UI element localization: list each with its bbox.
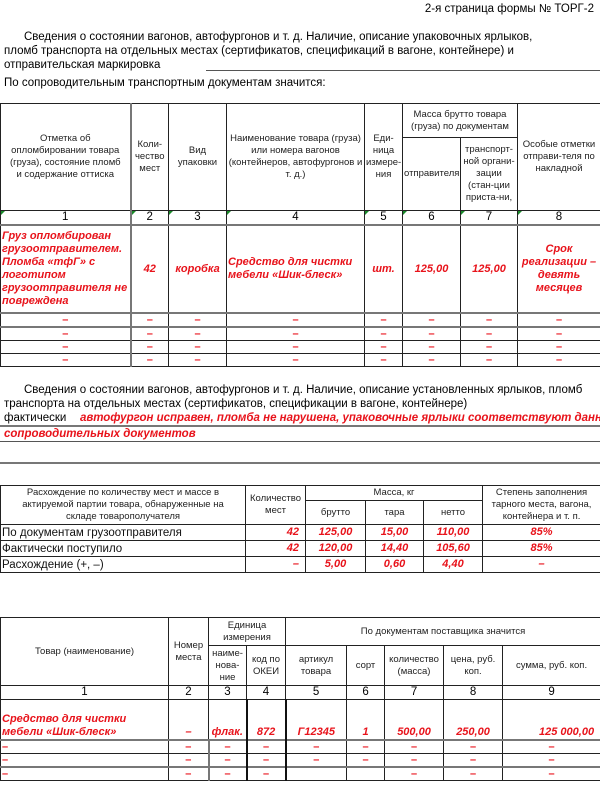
empty-cell[interactable]: – xyxy=(1,354,131,367)
table-row: Груз опломбирован грузоотправителем. Пло… xyxy=(1,225,600,313)
empty-cell[interactable]: – xyxy=(518,327,600,341)
empty-cell[interactable]: – xyxy=(1,753,169,767)
empty-cell[interactable]: – xyxy=(169,767,209,781)
mass-sender-value[interactable]: 125,00 xyxy=(403,225,461,313)
col-num: 4 xyxy=(247,686,286,700)
net-value[interactable]: 4,40 xyxy=(424,557,483,573)
seal-status[interactable]: Груз опломбирован грузоотправителем. Пло… xyxy=(1,225,131,313)
header-packaging: Вид упаковки xyxy=(169,104,227,211)
supplier-docs-table: Товар (наименование) Номер места Единица… xyxy=(0,617,600,781)
table-row: –––––––– xyxy=(1,327,600,341)
empty-cell[interactable]: – xyxy=(209,740,247,754)
empty-cell[interactable]: – xyxy=(1,313,131,327)
tare-value[interactable]: 14,40 xyxy=(366,541,424,557)
empty-cell[interactable]: – xyxy=(131,327,169,341)
empty-cell[interactable]: – xyxy=(131,313,169,327)
empty-cell[interactable]: – xyxy=(385,767,444,781)
empty-cell[interactable]: – xyxy=(461,341,518,354)
header-sum: сумма, руб. коп. xyxy=(503,646,600,686)
empty-cell[interactable]: – xyxy=(461,313,518,327)
empty-cell[interactable]: – xyxy=(444,767,503,781)
header-mass-transport: транспорт-ной органи-зации (стан-ции при… xyxy=(461,138,518,211)
col-num: 7 xyxy=(385,686,444,700)
empty-cell[interactable]: – xyxy=(247,753,286,767)
net-value[interactable]: 105,60 xyxy=(424,541,483,557)
actual-label: фактически xyxy=(4,411,66,425)
empty-cell[interactable]: – xyxy=(403,327,461,341)
item-name-value[interactable]: Средство для чистки мебели «Шик-блеск» xyxy=(227,225,365,313)
table-row: Расхождение (+, –)–5,000,604,40– xyxy=(1,557,600,573)
empty-cell[interactable]: – xyxy=(227,354,365,367)
row-label: Фактически поступило xyxy=(1,541,246,557)
header-notes: Особые отметки отправи-теля по накладной xyxy=(518,104,600,211)
table-row: –––––––– xyxy=(1,341,600,354)
gross-value[interactable]: 5,00 xyxy=(306,557,366,573)
col-num: 5 xyxy=(365,211,403,226)
row-label: По документам грузоотправителя xyxy=(1,525,246,541)
col-num: 6 xyxy=(403,211,461,226)
empty-cell[interactable]: – xyxy=(131,354,169,367)
empty-cell[interactable]: – xyxy=(518,313,600,327)
empty-cell[interactable]: – xyxy=(209,767,247,781)
transport-docs-table: Отметка об опломбировании товара (груза)… xyxy=(0,103,600,367)
actual-underline-3 xyxy=(0,462,600,464)
fill-value[interactable]: 85% xyxy=(483,541,600,557)
header-qty: Коли-чество мест xyxy=(131,104,169,211)
mass-transport-value[interactable]: 125,00 xyxy=(461,225,518,313)
qty-value[interactable]: – xyxy=(246,557,306,573)
header-supplier-group: По документам поставщика значится xyxy=(286,618,600,646)
col-num: 8 xyxy=(518,211,600,226)
packaging-value[interactable]: коробка xyxy=(169,225,227,313)
form-page-header: 2-я страница формы № ТОРГ-2 xyxy=(425,2,594,16)
section1-intro-line1: Сведения о состоянии вагонов, автофургон… xyxy=(24,30,532,44)
empty-cell[interactable] xyxy=(286,767,347,781)
empty-cell[interactable]: – xyxy=(503,740,600,754)
header-discrepancy: Расхождение по количеству мест и массе в… xyxy=(1,486,246,525)
empty-cell[interactable]: – xyxy=(286,740,347,754)
place-no-value[interactable]: – xyxy=(169,700,209,740)
table-row: Средство для чистки мебели «Шик-блеск» –… xyxy=(1,700,600,740)
header-okei: код по ОКЕИ xyxy=(247,646,286,686)
col-num: 2 xyxy=(169,686,209,700)
col-num: 3 xyxy=(209,686,247,700)
empty-cell[interactable]: – xyxy=(131,341,169,354)
empty-cell[interactable]: – xyxy=(286,753,347,767)
grade-value[interactable]: 1 xyxy=(347,700,385,740)
header-net: нетто xyxy=(424,501,483,525)
header-qty-mass: количество (масса) xyxy=(385,646,444,686)
sum-value[interactable]: 125 000,00 xyxy=(503,700,600,740)
empty-cell[interactable] xyxy=(347,767,385,781)
empty-cell[interactable]: – xyxy=(461,354,518,367)
fill-value[interactable]: – xyxy=(483,557,600,573)
empty-cell[interactable]: – xyxy=(247,767,286,781)
okei-value[interactable]: 872 xyxy=(247,700,286,740)
item-name-value[interactable]: Средство для чистки мебели «Шик-блеск» xyxy=(1,700,169,740)
empty-cell[interactable]: – xyxy=(365,341,403,354)
col-num: 8 xyxy=(444,686,503,700)
empty-cell[interactable]: – xyxy=(209,753,247,767)
qty-mass-value[interactable]: 500,00 xyxy=(385,700,444,740)
empty-cell[interactable]: – xyxy=(1,327,131,341)
header-places-qty: Количество мест xyxy=(246,486,306,525)
header-gross: брутто xyxy=(306,501,366,525)
notes-value[interactable]: Срок реализации – девять месяцев xyxy=(518,225,600,313)
header-unit-name: наиме-нова-ние xyxy=(209,646,247,686)
header-mass-sender: отправителя xyxy=(403,138,461,211)
actual-value-line1[interactable]: автофургон исправен, пломба не нарушена,… xyxy=(80,411,600,425)
header-price: цена, руб. коп. xyxy=(444,646,503,686)
article-value[interactable]: Г12345 xyxy=(286,700,347,740)
empty-cell[interactable]: – xyxy=(461,327,518,341)
section2-intro-line2: транспорта на отдельных местах (сертифик… xyxy=(4,397,467,411)
row-label: Расхождение (+, –) xyxy=(1,557,246,573)
empty-cell[interactable]: – xyxy=(365,354,403,367)
header-fill-degree: Степень заполнения тарного места, вагона… xyxy=(483,486,600,525)
empty-cell[interactable]: – xyxy=(1,740,169,754)
header-grade: сорт xyxy=(347,646,385,686)
empty-cell[interactable]: – xyxy=(403,341,461,354)
actual-value-line2[interactable]: сопроводительных документов xyxy=(4,427,196,441)
col-num: 9 xyxy=(503,686,600,700)
tare-value[interactable]: 0,60 xyxy=(366,557,424,573)
tare-value[interactable]: 15,00 xyxy=(366,525,424,541)
col-num: 7 xyxy=(461,211,518,226)
header-unit-group: Единица измерения xyxy=(209,618,286,646)
empty-cell[interactable]: – xyxy=(347,753,385,767)
empty-cell[interactable]: – xyxy=(365,313,403,327)
section2-intro-line1: Сведения о состоянии вагонов, автофургон… xyxy=(24,383,582,397)
qty-value[interactable]: 42 xyxy=(131,225,169,313)
empty-cell[interactable]: – xyxy=(518,341,600,354)
col-num: 3 xyxy=(169,211,227,226)
empty-cell[interactable]: – xyxy=(169,354,227,367)
col-num: 1 xyxy=(1,211,131,226)
header-mass-kg: Масса, кг xyxy=(306,486,483,501)
empty-cell[interactable]: – xyxy=(169,341,227,354)
col-num: 2 xyxy=(131,211,169,226)
section1-intro-line3: отправительская маркировка xyxy=(4,58,160,72)
actual-underline-2 xyxy=(0,441,600,442)
empty-cell[interactable]: – xyxy=(444,740,503,754)
qty-value[interactable]: 42 xyxy=(246,525,306,541)
header-article: артикул товара xyxy=(286,646,347,686)
empty-cell[interactable]: – xyxy=(403,313,461,327)
empty-cell[interactable]: – xyxy=(227,327,365,341)
table-row: ––––––––– xyxy=(1,740,600,754)
unit-value[interactable]: шт. xyxy=(365,225,403,313)
header-tare: тара xyxy=(366,501,424,525)
header-item: Товар (наименование) xyxy=(1,618,169,686)
qty-value[interactable]: 42 xyxy=(246,541,306,557)
empty-cell[interactable]: – xyxy=(169,753,209,767)
col-num: 4 xyxy=(227,211,365,226)
net-value[interactable]: 110,00 xyxy=(424,525,483,541)
gross-value[interactable]: 125,00 xyxy=(306,525,366,541)
header-place-no: Номер места xyxy=(169,618,209,686)
empty-cell[interactable]: – xyxy=(518,354,600,367)
empty-cell[interactable]: – xyxy=(247,740,286,754)
empty-cell[interactable]: – xyxy=(347,740,385,754)
table-row: –––––––– xyxy=(1,354,600,367)
header-mass-group: Масса брутто товара (груза) по документа… xyxy=(403,104,518,138)
empty-cell[interactable]: – xyxy=(1,767,169,781)
empty-cell[interactable]: – xyxy=(403,354,461,367)
empty-cell[interactable]: – xyxy=(1,341,131,354)
empty-cell[interactable]: – xyxy=(444,753,503,767)
col-num: 5 xyxy=(286,686,347,700)
col-num: 6 xyxy=(347,686,385,700)
table-row: ––––––– xyxy=(1,767,600,781)
empty-cell[interactable]: – xyxy=(169,740,209,754)
empty-cell[interactable]: – xyxy=(385,740,444,754)
unit-name-value[interactable]: флак. xyxy=(209,700,247,740)
empty-cell[interactable]: – xyxy=(227,313,365,327)
marking-underline xyxy=(206,70,600,71)
table-row: Фактически поступило42120,0014,40105,608… xyxy=(1,541,600,557)
discrepancy-table: Расхождение по количеству мест и массе в… xyxy=(0,485,600,573)
table-row: ––––––––– xyxy=(1,753,600,767)
price-value[interactable]: 250,00 xyxy=(444,700,503,740)
empty-cell[interactable]: – xyxy=(169,313,227,327)
col-num: 1 xyxy=(1,686,169,700)
header-seal-mark: Отметка об опломбировании товара (груза)… xyxy=(1,104,131,211)
header-item-name: Наименование товара (груза) или номера в… xyxy=(227,104,365,211)
section1-intro-line2: пломб транспорта на отдельных местах (се… xyxy=(4,44,514,58)
empty-cell[interactable]: – xyxy=(169,327,227,341)
table-row: По документам грузоотправителя42125,0015… xyxy=(1,525,600,541)
fill-value[interactable]: 85% xyxy=(483,525,600,541)
column-numbers-row: 1 2 3 4 5 6 7 8 xyxy=(1,211,600,226)
empty-cell[interactable]: – xyxy=(385,753,444,767)
empty-cell[interactable]: – xyxy=(503,753,600,767)
empty-cell[interactable]: – xyxy=(227,341,365,354)
column-numbers-row: 1 2 3 4 5 6 7 8 9 xyxy=(1,686,600,700)
docs-caption: По сопроводительным транспортным докумен… xyxy=(4,76,326,90)
empty-cell[interactable]: – xyxy=(365,327,403,341)
gross-value[interactable]: 120,00 xyxy=(306,541,366,557)
header-unit: Еди-ница измере-ния xyxy=(365,104,403,211)
table-row: –––––––– xyxy=(1,313,600,327)
empty-cell[interactable]: – xyxy=(503,767,600,781)
